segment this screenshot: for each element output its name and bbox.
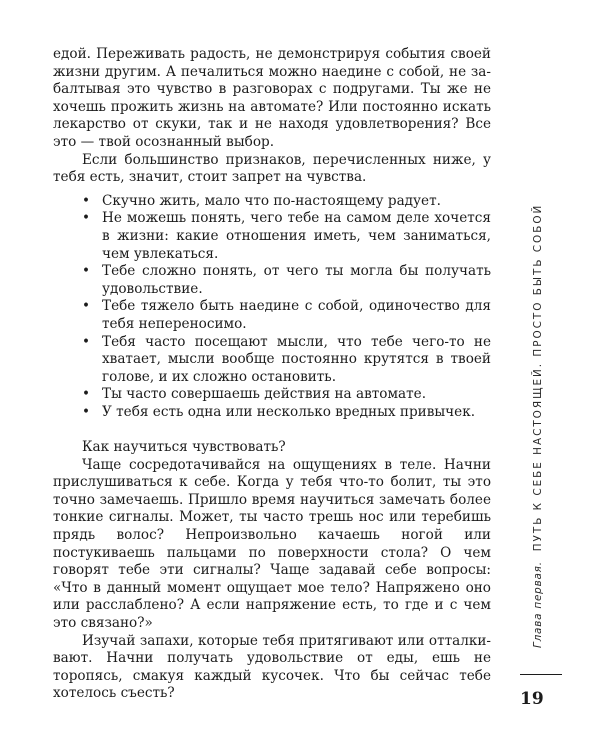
bullet-icon: • [82,210,90,228]
bullet-icon: • [82,263,90,281]
bullet-icon: • [82,193,90,211]
list-item: • Тебе сложно понять, от чего ты могла б… [53,263,491,298]
list-item: • Тебе тяжело быть наедине с собой, один… [53,298,491,333]
paragraph-smells-food: Изучай запахи, которые тебя притягивают … [53,633,491,703]
list-item: • Тебя часто посещают мысли, что тебе че… [53,334,491,387]
page-number: 19 [520,689,544,709]
bullet-icon: • [82,334,90,352]
running-head: Глава первая. Путь к себе настоящей. Про… [531,204,545,648]
list-item-text: Тебя часто посещают мысли, что тебе чего… [102,334,491,385]
page-number-rule [520,674,562,675]
list-item-text: Тебе сложно понять, от чего ты могла бы … [102,263,491,297]
list-item: • У тебя есть одна или несколько вредных… [53,404,491,422]
bullet-icon: • [82,298,90,316]
list-item: • Не можешь понять, чего тебе на самом д… [53,210,491,263]
symptom-list: • Скучно жить, мало что по-настоящему ра… [53,193,491,422]
paragraph-intro-list: Если большинство признаков, перечисленны… [53,152,491,187]
list-item-text: Не можешь понять, чего тебе на самом дел… [102,210,491,261]
bullet-icon: • [82,386,90,404]
section-spacer [53,421,491,439]
list-item-text: Тебе тяжело быть наедине с собой, одиноч… [102,298,491,332]
list-item-text: У тебя есть одна или несколько вредных п… [102,404,475,420]
paragraph-body-sensations: Чаще сосредотачивайся на ощущениях в тел… [53,457,491,633]
list-item: • Скучно жить, мало что по-настоящему ра… [53,193,491,211]
running-head-title: Путь к себе настоящей. Просто быть собой [532,204,544,552]
list-item-text: Скучно жить, мало что по-настоящему раду… [102,193,441,209]
bullet-icon: • [82,404,90,422]
page-body: едой. Переживать радость, не демонстриру… [53,46,491,703]
paragraph-continued: едой. Переживать радость, не демонстриру… [53,46,491,152]
list-item-text: Ты часто совершаешь действия на автомате… [102,386,426,402]
running-head-chapter: Глава первая. [532,561,544,648]
section-question: Как научиться чувствовать? [53,439,491,457]
list-item: • Ты часто совершаешь действия на автома… [53,386,491,404]
